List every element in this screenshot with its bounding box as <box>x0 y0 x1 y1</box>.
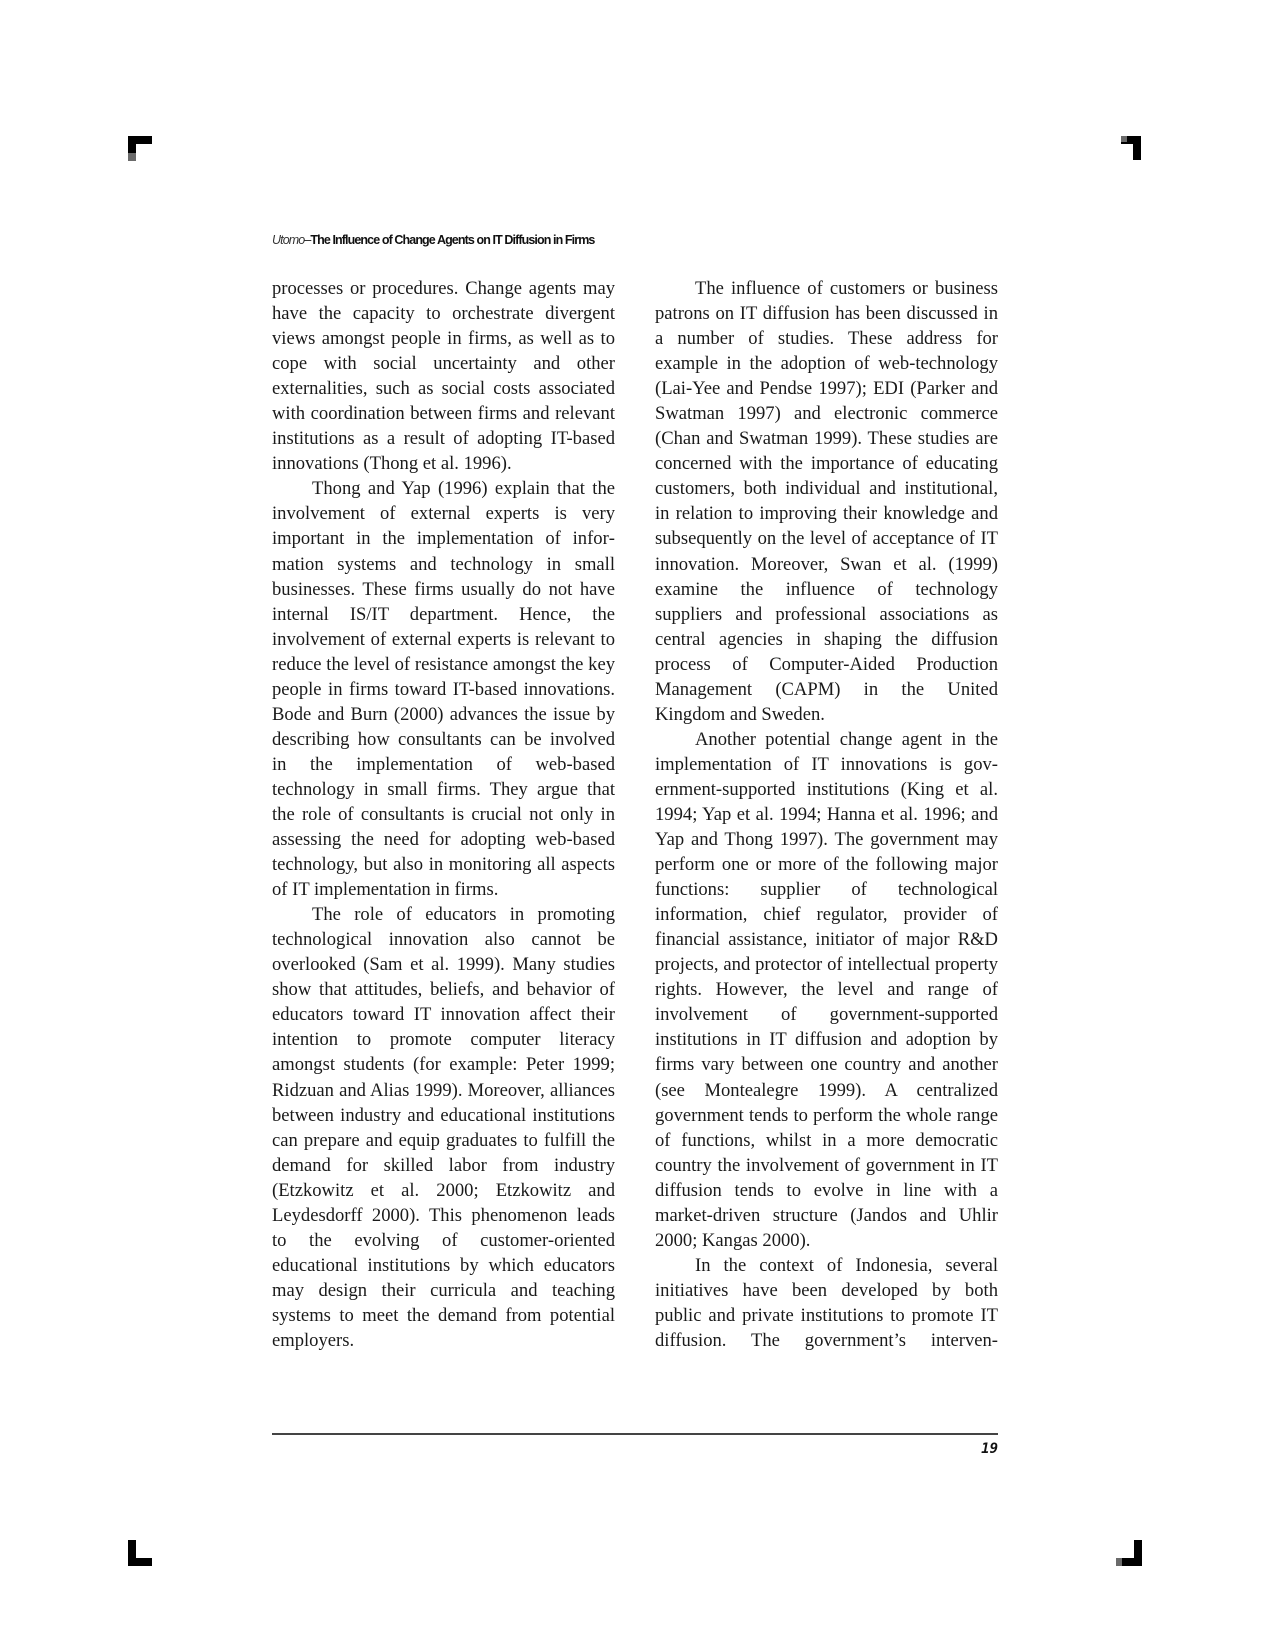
crop-mark-bottom-right-icon <box>1122 1540 1146 1566</box>
paragraph: Another potential change agent in the im… <box>655 727 998 1253</box>
running-head-author: Utomo <box>272 233 304 247</box>
left-column: processes or procedures. Change agents m… <box>272 276 615 1353</box>
paragraph: Thong and Yap (1996) explain that the in… <box>272 476 615 902</box>
paragraph: The role of educators in promoting techn… <box>272 902 615 1353</box>
crop-mark-top-left-icon <box>128 136 152 162</box>
crop-mark-bottom-left-icon <box>128 1540 152 1566</box>
footer-rule <box>272 1433 998 1435</box>
paragraph: processes or procedures. Change agents m… <box>272 276 615 476</box>
running-head: Utomo–The Influence of Change Agents on … <box>272 233 594 247</box>
right-column: The influence of customers or busi­ness … <box>655 276 998 1353</box>
paragraph: In the context of Indonesia, several ini… <box>655 1253 998 1353</box>
crop-mark-top-right-icon <box>1121 136 1145 162</box>
page-number: 19 <box>981 1441 998 1457</box>
paragraph: The influence of customers or busi­ness … <box>655 276 998 727</box>
running-head-title: The Influence of Change Agents on IT Dif… <box>310 233 594 247</box>
